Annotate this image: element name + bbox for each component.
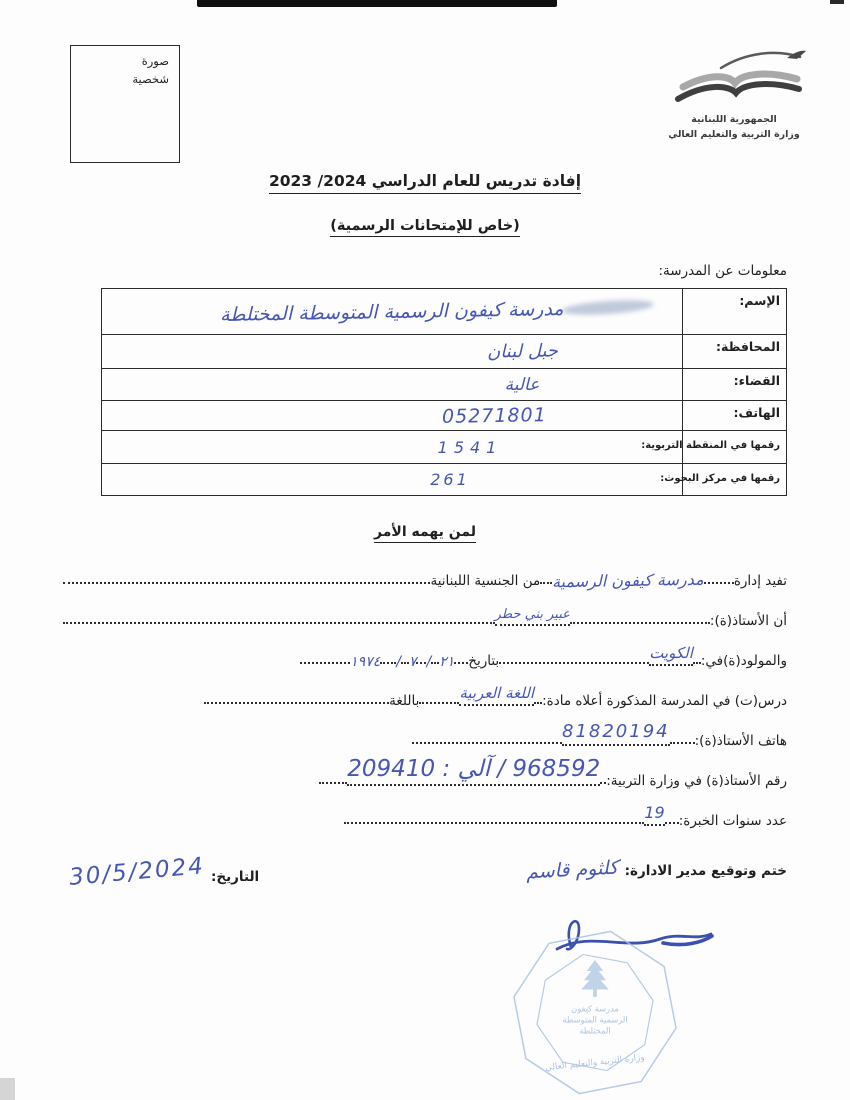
dotted-leader xyxy=(380,660,396,664)
row-label: الهاتف: xyxy=(682,401,786,430)
row-label: الإسم: xyxy=(682,289,786,334)
document-body: إفادة تدريس للعام الدراسي 2024/ 2023 (خا… xyxy=(0,172,850,885)
handwritten-year: ١٩٧٤ xyxy=(350,654,380,670)
handwritten-day: ٢١ xyxy=(439,654,454,670)
dotted-leader xyxy=(300,660,350,664)
official-stamp: مدرسة كيفون الرسمية المتوسطة المختلطة وز… xyxy=(500,925,690,1100)
row-value: عالية xyxy=(102,369,682,400)
cedar-icon xyxy=(581,960,609,997)
stamp-text: المختلطة xyxy=(579,1026,610,1036)
handwritten-district: عالية xyxy=(505,375,540,395)
logo-ministry-name: وزارة التربية والتعليم العالي xyxy=(645,127,823,142)
table-row-governorate: المحافظة: جبل لبنان xyxy=(102,334,786,368)
dotted-leader xyxy=(416,660,426,664)
body-line-school: تفيد إدارة مدرسة كيفون الرسمية من الجنسي… xyxy=(63,557,787,597)
handwritten-experience-years: 19 xyxy=(644,803,664,826)
certificate-title: إفادة تدريس للعام الدراسي 2024/ 2023 xyxy=(63,172,787,194)
handwritten-teacher-phone: 81820194 xyxy=(562,721,670,746)
handwritten-month: ٧ xyxy=(409,654,417,670)
footer: ختم وتوقيع مدير الادارة: كلثوم قاسم التا… xyxy=(63,859,787,885)
row-value: 261 xyxy=(102,464,682,495)
to-whom-heading: لمن يهمه الأمر xyxy=(63,524,787,543)
handwritten-school-name: مدرسة كيفون الرسمية المتوسطة المختلطة xyxy=(220,298,564,326)
dotted-leader xyxy=(534,700,542,704)
row-label: رقمها في المنقطة التربوية: xyxy=(682,431,786,463)
stamp-signature-label: ختم وتوقيع مدير الادارة: xyxy=(625,863,787,879)
dotted-leader xyxy=(454,660,468,664)
scribble-smudge-mark xyxy=(562,298,655,317)
dotted-leader xyxy=(600,780,606,784)
printed-text: رقم الأستاذ(ة) في وزارة التربية: xyxy=(606,773,787,789)
date-label: التاريخ: xyxy=(211,869,259,885)
printed-text: أن الأستاذ(ة): xyxy=(710,613,787,629)
ministry-logo: الجمهورية اللبنانية وزارة التربية والتعل… xyxy=(645,46,823,142)
row-label: المحافظة: xyxy=(682,335,786,368)
table-row-district: القضاء: عالية xyxy=(102,368,786,400)
dotted-leader xyxy=(63,620,495,624)
table-row-district-number: رقمها في المنقطة التربوية: 1541 xyxy=(102,430,786,463)
printed-text: هاتف الأستاذ(ة): xyxy=(695,733,787,749)
photo-box-label-line2: شخصية xyxy=(81,71,169,89)
printed-text: من الجنسية اللبنانية xyxy=(430,573,540,589)
dotted-leader xyxy=(499,660,649,664)
table-row-name: الإسم: مدرسة كيفون الرسمية المتوسطة المخ… xyxy=(102,289,786,334)
handwritten-teacher-name: عبير بني حطر xyxy=(495,607,570,626)
school-info-table: الإسم: مدرسة كيفون الرسمية المتوسطة المخ… xyxy=(101,288,787,496)
body-line-ministry-number: رقم الأستاذ(ة) في وزارة التربية: 968592 … xyxy=(63,757,787,797)
row-value: 05271801 xyxy=(102,401,682,430)
photo-box-label-line1: صورة xyxy=(81,53,169,71)
handwritten-subject: اللغة العربية xyxy=(459,684,534,706)
row-value: 1541 xyxy=(102,431,682,463)
handwritten-research-number: 261 xyxy=(430,470,470,489)
printed-text: بتاريخ xyxy=(468,653,499,669)
dotted-leader xyxy=(419,700,459,704)
stamp-text: الرسمية المتوسطة xyxy=(562,1015,627,1025)
dotted-leader xyxy=(670,740,695,744)
handwritten-birthplace: الكويت xyxy=(649,644,693,666)
dotted-leader xyxy=(63,580,430,584)
dotted-leader xyxy=(204,700,389,704)
dotted-leader xyxy=(412,740,562,744)
printed-text: باللغة xyxy=(389,693,419,709)
dotted-leader xyxy=(665,820,679,824)
dotted-leader xyxy=(344,820,644,824)
table-row-phone: الهاتف: 05271801 xyxy=(102,400,786,430)
stamp-text: مدرسة كيفون xyxy=(571,1004,619,1014)
dotted-leader xyxy=(319,780,347,784)
row-value: مدرسة كيفون الرسمية المتوسطة المختلطة xyxy=(102,289,682,334)
scan-artifact-bottom-smudge xyxy=(0,1078,15,1100)
handwritten-governorate: جبل لبنان xyxy=(486,340,557,362)
photo-box: صورة شخصية xyxy=(70,45,180,163)
dotted-leader xyxy=(704,580,734,584)
handwritten-ministry-number: 968592 / آلي : 209410 xyxy=(347,756,600,786)
row-value: جبل لبنان xyxy=(102,335,682,368)
signature-block: ختم وتوقيع مدير الادارة: كلثوم قاسم xyxy=(526,859,787,879)
body-line-subject: درس(ت) في المدرسة المذكورة أعلاه مادة: ا… xyxy=(63,677,787,717)
handwritten-birthdate: ١٩٧٤ / ٧ / ٢١ xyxy=(350,654,454,677)
scan-artifact-corner-mark xyxy=(830,0,844,4)
open-book-swoosh-icon xyxy=(654,46,814,108)
handwritten-date: 30/5/2024 xyxy=(68,853,206,891)
handwritten-principal-name: كلثوم قاسم xyxy=(526,857,619,884)
stamp-ring-text: وزارة التربية والتعليم العالي xyxy=(545,1053,645,1073)
dotted-leader xyxy=(540,580,552,584)
row-label: رقمها في مركز البحوث: xyxy=(682,464,786,495)
dotted-leader xyxy=(431,660,439,664)
body-line-experience: عدد سنوات الخبرة: 19 xyxy=(63,797,787,837)
date-block: التاريخ: 30/5/2024 xyxy=(69,859,259,885)
dotted-leader xyxy=(693,660,701,664)
printed-text: والمولود(ة)في: xyxy=(701,653,787,669)
body-line-birth: والمولود(ة)في: الكويت بتاريخ ١٩٧٤ / ٧ / … xyxy=(63,637,787,677)
handwritten-school: مدرسة كيفون الرسمية xyxy=(552,570,704,592)
dotted-leader xyxy=(570,620,710,624)
dotted-leader xyxy=(401,660,409,664)
printed-text: عدد سنوات الخبرة: xyxy=(679,813,787,829)
table-row-research-number: رقمها في مركز البحوث: 261 xyxy=(102,463,786,495)
body-line-teacher-name: أن الأستاذ(ة): عبير بني حطر xyxy=(63,597,787,637)
handwritten-phone: 05271801 xyxy=(441,404,546,428)
printed-text: تفيد إدارة xyxy=(734,573,787,589)
certificate-subtitle: (خاص للإمتحانات الرسمية) xyxy=(63,218,787,237)
handwritten-district-number: 1541 xyxy=(438,438,503,457)
body-line-teacher-phone: هاتف الأستاذ(ة): 81820194 xyxy=(63,717,787,757)
scan-artifact-top-bar xyxy=(197,0,557,7)
school-info-heading: معلومات عن المدرسة: xyxy=(63,263,787,279)
logo-country-name: الجمهورية اللبنانية xyxy=(645,112,823,127)
row-label: القضاء: xyxy=(682,369,786,400)
printed-text: درس(ت) في المدرسة المذكورة أعلاه مادة: xyxy=(542,693,787,709)
